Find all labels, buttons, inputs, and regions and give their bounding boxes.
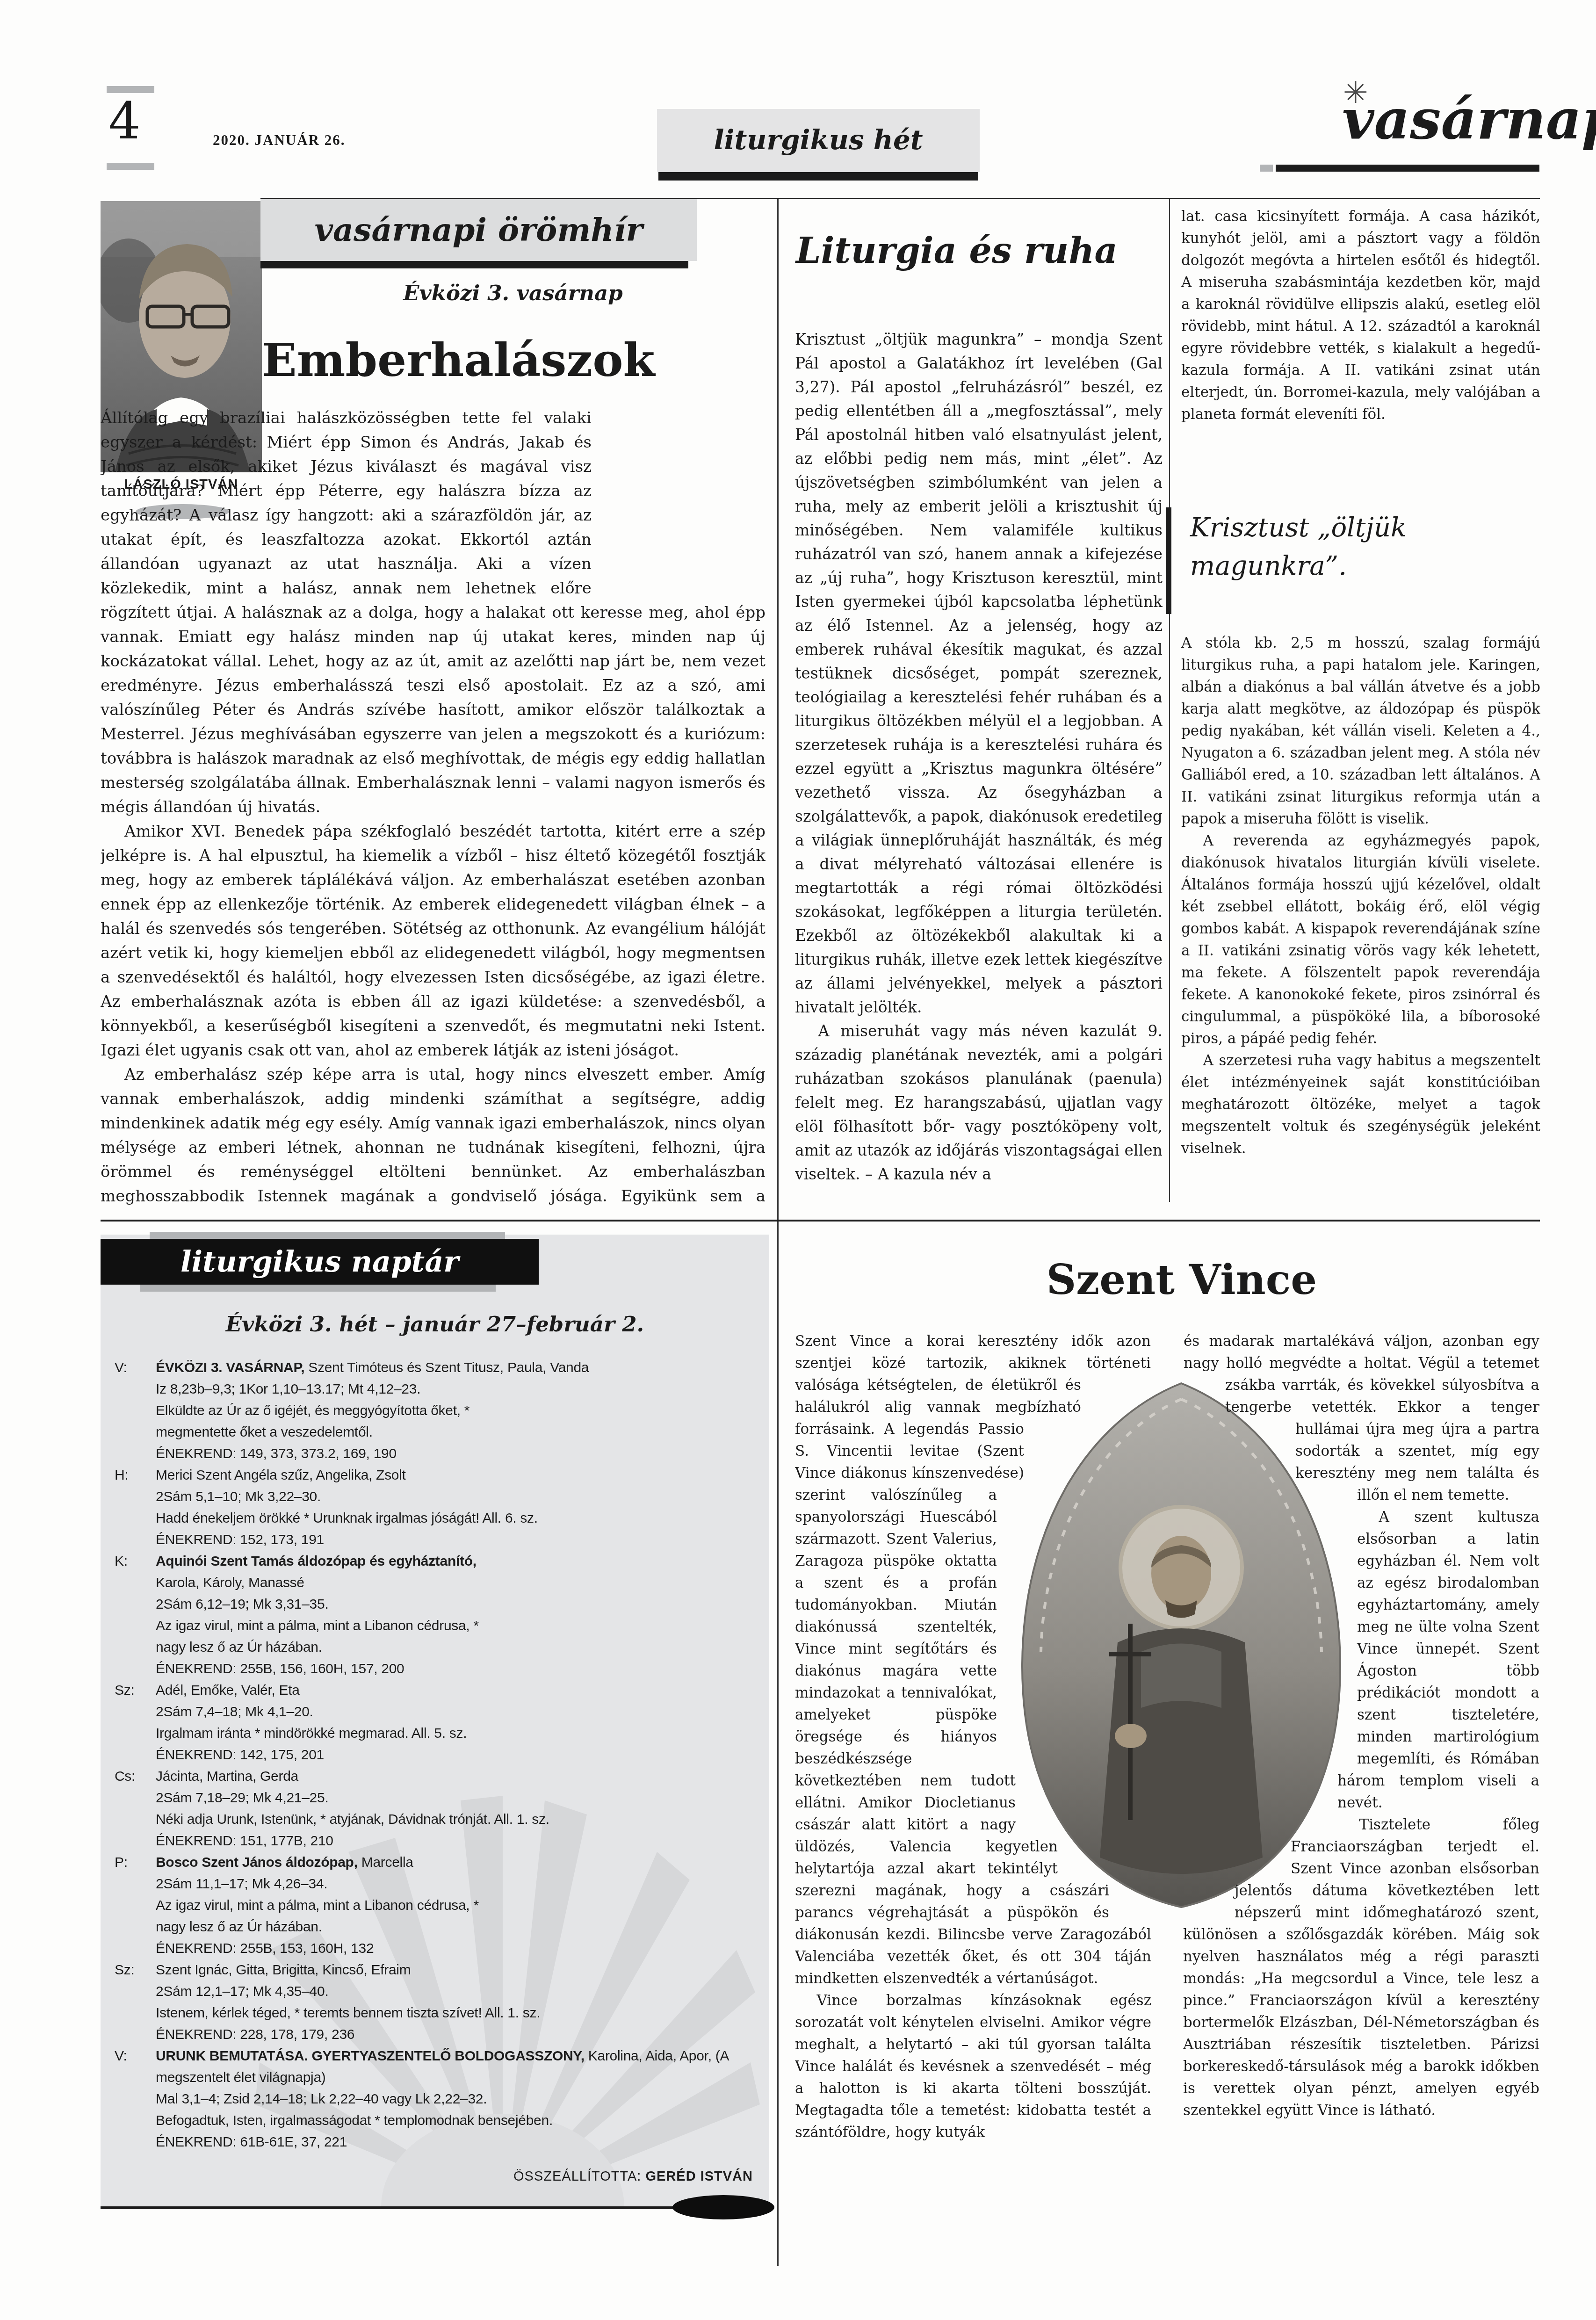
paragraph: Amikor XVI. Benedek pápa székfoglaló bes… — [101, 819, 766, 1062]
calendar-line: Befogadtuk, Isten, irgalmasságodat * tem… — [156, 2110, 758, 2132]
calendar-day-lines: Adél, Emőke, Valér, Eta2Sám 7,4–18; Mk 4… — [156, 1680, 758, 1766]
calendar-day-label: Sz: — [115, 1959, 156, 2045]
calendar-line: Hadd énekeljem örökké * Urunknak irgalma… — [156, 1508, 758, 1529]
pull-quote: Krisztust „öltjük magunkra”. — [1190, 509, 1531, 585]
newspaper-page: 4 2020. JANUÁR 26. liturgikus hét ✳ vasá… — [0, 0, 1596, 2320]
calendar-entry: P: Bosco Szent János áldozópap, Marcella… — [115, 1852, 758, 1959]
calendar-line: ÉNEKREND: 152, 173, 191 — [156, 1529, 758, 1551]
saint-column-2: és madarak martalékává váljon, azonban e… — [1183, 1330, 1539, 2263]
corner-ornament — [672, 2195, 774, 2219]
calendar-line: ÉVKÖZI 3. VASÁRNAP, Szent Timóteus és Sz… — [156, 1357, 758, 1379]
naptar-accent-top — [150, 1232, 505, 1239]
paragraph: A miseruhát vagy más néven kazulát 9. sz… — [795, 1019, 1163, 1186]
calendar-line: ÉNEKREND: 255B, 156, 160H, 157, 200 — [156, 1658, 758, 1680]
calendar-line: Szent Ignác, Gitta, Brigitta, Kincső, Ef… — [156, 1959, 758, 1981]
page-date: 2020. JANUÁR 26. — [213, 132, 345, 149]
wrap-spacer — [1151, 1330, 1151, 1382]
wrap-spacer — [997, 1489, 1151, 1751]
wrap-spacer — [1183, 1489, 1357, 1751]
calendar-line: ÉNEKREND: 255B, 153, 160H, 132 — [156, 1938, 758, 1959]
paragraph: A reverenda az egyházmegyés papok, diakó… — [1181, 830, 1540, 1050]
calendar-day-label: Cs: — [115, 1766, 156, 1852]
calendar-entry: V: ÉVKÖZI 3. VASÁRNAP, Szent Timóteus és… — [115, 1357, 758, 1465]
paragraph: Az emberhalász szép képe arra is utal, h… — [101, 1062, 766, 1206]
calendar-line: nagy lesz ő az Úr házában. — [156, 1916, 758, 1938]
calendar-line: URUNK BEMUTATÁSA. GYERTYASZENTELŐ BOLDOG… — [156, 2045, 758, 2089]
calendar-line: ÉNEKREND: 149, 373, 373.2, 169, 190 — [156, 1443, 758, 1465]
logo-underline — [1276, 165, 1539, 172]
wrap-spacer — [1109, 1873, 1151, 1910]
lead-article-body: Állítólag egy brazíliai halászközösségbe… — [101, 406, 766, 1206]
calendar-day-lines: ÉVKÖZI 3. VASÁRNAP, Szent Timóteus és Sz… — [156, 1357, 758, 1465]
rubric-banner: vasárnapi örömhír — [260, 199, 697, 261]
calendar-subtitle: Évközi 3. hét – január 27–február 2. — [101, 1312, 769, 1337]
calendar-line: Bosco Szent János áldozópap, Marcella — [156, 1852, 758, 1873]
paragraph: A stóla kb. 2,5 m hosszú, szalag formájú… — [1181, 632, 1540, 830]
calendar-day-label: Sz: — [115, 1680, 156, 1766]
middle-rule — [101, 1220, 1540, 1221]
naptar-accent-bottom — [140, 1285, 496, 1292]
calendar-entries: V: ÉVKÖZI 3. VASÁRNAP, Szent Timóteus és… — [115, 1357, 758, 2153]
calendar-entry: Sz: Szent Ignác, Gitta, Brigitta, Kincső… — [115, 1959, 758, 2045]
masthead-logo: vasárnap — [1342, 92, 1541, 147]
liturgy-headline: Liturgia és ruha — [796, 233, 1165, 268]
calendar-day-label: V: — [115, 2045, 156, 2153]
calendar-line: Aquinói Szent Tamás áldozópap és egyházt… — [156, 1551, 758, 1572]
calendar-line: Iz 8,23b–9,3; 1Kor 1,10–13.17; Mt 4,12–2… — [156, 1379, 758, 1400]
saint-column-1: Szent Vince a korai keresztény idők azon… — [795, 1330, 1151, 2263]
rubric-underline — [260, 261, 688, 268]
liturgy-column-2-top: lat. casa kicsinyített formája. A casa h… — [1181, 206, 1540, 500]
wrap-spacer — [1183, 1382, 1225, 1433]
pull-quote-bar — [1166, 507, 1171, 614]
paragraph: A szerzetesi ruha vagy habitus a megszen… — [1181, 1050, 1540, 1160]
calendar-day-lines: Aquinói Szent Tamás áldozópap és egyházt… — [156, 1551, 758, 1680]
calendar-line: Adél, Emőke, Valér, Eta — [156, 1680, 758, 1701]
section-banner-underline — [658, 172, 978, 181]
calendar-entry: V: URUNK BEMUTATÁSA. GYERTYASZENTELŐ BOL… — [115, 2045, 758, 2153]
liturgy-column-1: Krisztust „öltjük magunkra” – mondja Sze… — [795, 327, 1163, 1203]
saint-headline: Szent Vince — [795, 1259, 1540, 1300]
calendar-line: Néki adja Urunk, Istenünk, * atyjának, D… — [156, 1809, 758, 1830]
calendar-line: Elküldte az Úr az ő igéjét, és meggyógyí… — [156, 1400, 758, 1422]
calendar-entry: Cs: Jácinta, Martina, Gerda2Sám 7,18–29;… — [115, 1766, 758, 1852]
calendar-line: Mal 3,1–4; Zsid 2,14–18; Lk 2,22–40 vagy… — [156, 2089, 758, 2110]
calendar-line: 2Sám 11,1–17; Mk 4,26–34. — [156, 1873, 758, 1895]
column-rule-left — [777, 199, 779, 2266]
calendar-day-lines: Szent Ignác, Gitta, Brigitta, Kincső, Ef… — [156, 1959, 758, 2045]
calendar-entry: Sz: Adél, Emőke, Valér, Eta2Sám 7,4–18; … — [115, 1680, 758, 1766]
calendar-day-label: P: — [115, 1852, 156, 1959]
wrap-spacer — [1024, 1433, 1151, 1489]
page-number: 4 — [108, 96, 141, 147]
paragraph: lat. casa kicsinyített formája. A casa h… — [1181, 206, 1540, 426]
wrap-spacer — [1016, 1751, 1151, 1821]
calendar-day-label: H: — [115, 1465, 156, 1551]
wrap-spacer — [1058, 1821, 1151, 1873]
calendar-day-lines: URUNK BEMUTATÁSA. GYERTYASZENTELŐ BOLDOG… — [156, 2045, 758, 2153]
wrap-spacer — [1183, 1433, 1295, 1489]
photo-wrap-spacer — [592, 406, 766, 578]
column-rule-right — [1169, 199, 1170, 1202]
naptar-banner: liturgikus naptár — [101, 1239, 539, 1285]
calendar-entry: K: Aquinói Szent Tamás áldozópap és egyh… — [115, 1551, 758, 1680]
calendar-line: ÉNEKREND: 142, 175, 201 — [156, 1744, 758, 1766]
calendar-line: megmentette őket a veszedelemtől. — [156, 1422, 758, 1443]
calendar-entry: H: Merici Szent Angéla szűz, Angelika, Z… — [115, 1465, 758, 1551]
calendar-line: Merici Szent Angéla szűz, Angelika, Zsol… — [156, 1465, 758, 1486]
wrap-spacer — [1183, 1821, 1291, 1873]
section-banner: liturgikus hét — [657, 109, 980, 172]
calendar-line: Az igaz virul, mint a pálma, mint a Liba… — [156, 1615, 758, 1637]
calendar-day-lines: Merici Szent Angéla szűz, Angelika, Zsol… — [156, 1465, 758, 1551]
calendar-line: 2Sám 7,4–18; Mk 4,1–20. — [156, 1701, 758, 1723]
calendar-line: Istenem, kérlek téged, * teremts bennem … — [156, 2002, 758, 2024]
calendar-day-label: K: — [115, 1551, 156, 1680]
calendar-day-lines: Bosco Szent János áldozópap, Marcella2Sá… — [156, 1852, 758, 1959]
credit-name: GERÉD ISTVÁN — [645, 2169, 753, 2184]
wrap-spacer — [1183, 1751, 1337, 1821]
liturgy-column-2-bottom: A stóla kb. 2,5 m hosszú, szalag formájú… — [1181, 632, 1540, 1202]
calendar-line: Jácinta, Martina, Gerda — [156, 1766, 758, 1787]
calendar-line: 2Sám 7,18–29; Mk 4,21–25. — [156, 1787, 758, 1809]
wrap-spacer — [1081, 1382, 1151, 1433]
lead-subtitle: Évközi 3. vasárnap — [260, 281, 766, 305]
calendar-box: liturgikus naptár Évközi 3. hét – január… — [101, 1235, 769, 2208]
paragraph: Vince borzalmas kínzásoknak egész soroza… — [795, 1990, 1151, 2144]
calendar-line: 2Sám 6,12–19; Mk 3,31–35. — [156, 1594, 758, 1615]
paragraph: Krisztust „öltjük magunkra” – mondja Sze… — [795, 327, 1163, 1019]
lead-headline: Emberhalászok — [262, 338, 655, 383]
calendar-line: Irgalmam iránta * mindörökké megmarad. A… — [156, 1723, 758, 1744]
calendar-line: ÉNEKREND: 151, 177B, 210 — [156, 1830, 758, 1852]
calendar-bottom-rule — [101, 2206, 769, 2209]
calendar-day-lines: Jácinta, Martina, Gerda2Sám 7,18–29; Mk … — [156, 1766, 758, 1852]
calendar-line: 2Sám 12,1–17; Mk 4,35–40. — [156, 1981, 758, 2002]
header-accent-bottom — [107, 163, 154, 170]
logo-accent — [1260, 165, 1273, 172]
calendar-line: Karola, Károly, Manassé — [156, 1572, 758, 1594]
section-banner-label: liturgikus hét — [714, 124, 923, 156]
calendar-line: nagy lesz ő az Úr házában. — [156, 1637, 758, 1658]
calendar-line: Az igaz virul, mint a pálma, mint a Liba… — [156, 1895, 758, 1916]
calendar-credit: ÖSSZEÁLLÍTOTTA: GERÉD ISTVÁN — [101, 2169, 753, 2184]
calendar-line: 2Sám 5,1–10; Mk 3,22–30. — [156, 1486, 758, 1508]
credit-label: ÖSSZEÁLLÍTOTTA: — [513, 2169, 641, 2184]
wrap-spacer — [1183, 1873, 1235, 1910]
calendar-line: ÉNEKREND: 228, 178, 179, 236 — [156, 2024, 758, 2045]
calendar-line: ÉNEKREND: 61B-61E, 37, 221 — [156, 2132, 758, 2153]
calendar-day-label: V: — [115, 1357, 156, 1465]
